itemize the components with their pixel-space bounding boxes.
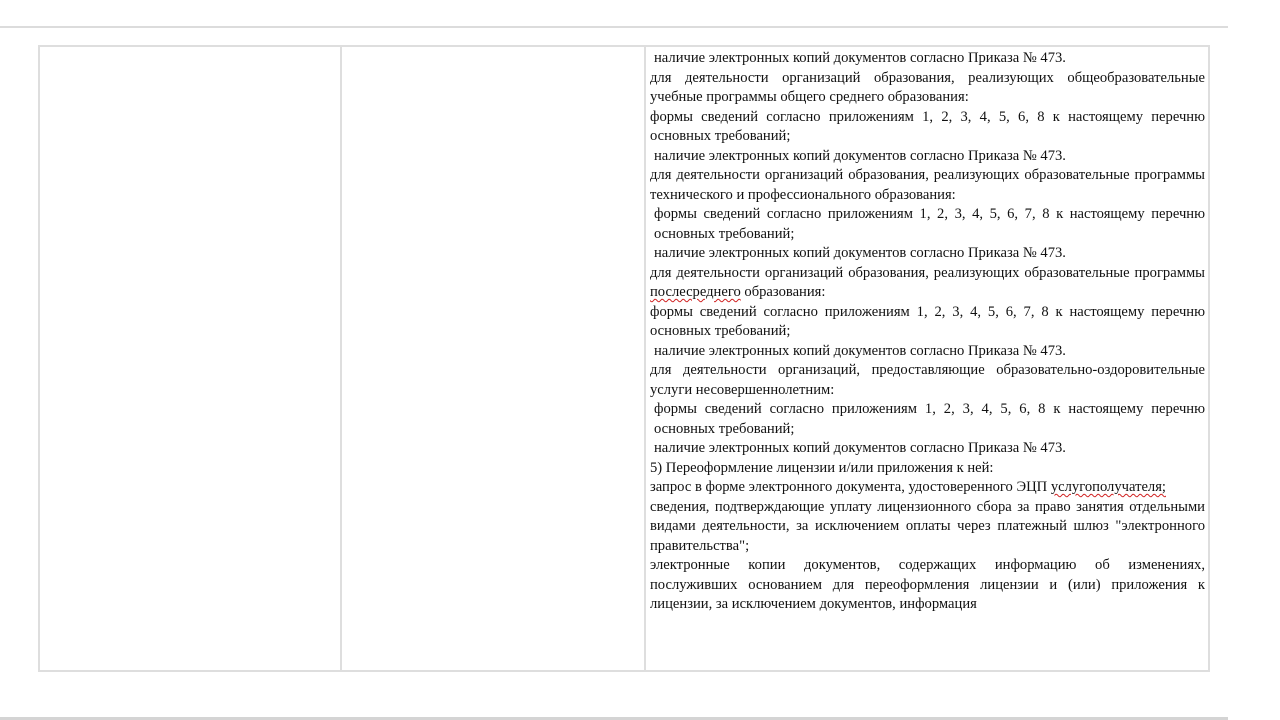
requirements-text: наличие электронных копий документов сог…	[646, 47, 1208, 670]
paragraph: наличие электронных копий документов сог…	[650, 244, 1205, 264]
table-row: наличие электронных копий документов сог…	[39, 46, 1209, 671]
paragraph: запрос в форме электронного документа, у…	[650, 478, 1205, 498]
table-cell-col1[interactable]	[39, 46, 341, 671]
paragraph: формы сведений согласно приложениям 1, 2…	[650, 108, 1205, 147]
document-table: наличие электронных копий документов сог…	[38, 45, 1210, 672]
paragraph: для деятельности организаций образования…	[650, 166, 1205, 205]
paragraph: электронные копии документов, содержащих…	[650, 556, 1205, 615]
table-cell-col3[interactable]: наличие электронных копий документов сог…	[645, 46, 1209, 671]
paragraph: для деятельности организаций образования…	[650, 69, 1205, 108]
paragraph: наличие электронных копий документов сог…	[650, 147, 1205, 167]
paragraph: сведения, подтверждающие уплату лицензио…	[650, 498, 1205, 557]
paragraph: наличие электронных копий документов сог…	[650, 439, 1205, 459]
misspelled-word[interactable]: послесреднего	[650, 284, 741, 300]
paragraph: наличие электронных копий документов сог…	[650, 342, 1205, 362]
table-cell-col2[interactable]	[341, 46, 645, 671]
misspelled-word[interactable]: услугополучателя;	[1051, 479, 1166, 495]
paragraph: наличие электронных копий документов сог…	[650, 49, 1205, 69]
paragraph: формы сведений согласно приложениям 1, 2…	[650, 205, 1205, 244]
paragraph: для деятельности организаций, предоставл…	[650, 361, 1205, 400]
paragraph: для деятельности организаций образования…	[650, 264, 1205, 303]
paragraph: формы сведений согласно приложениям 1, 2…	[650, 303, 1205, 342]
paragraph: формы сведений согласно приложениям 1, 2…	[650, 400, 1205, 439]
page-top-divider	[0, 26, 1228, 28]
section-heading: 5) Переоформление лицензии и/или приложе…	[650, 459, 1205, 479]
